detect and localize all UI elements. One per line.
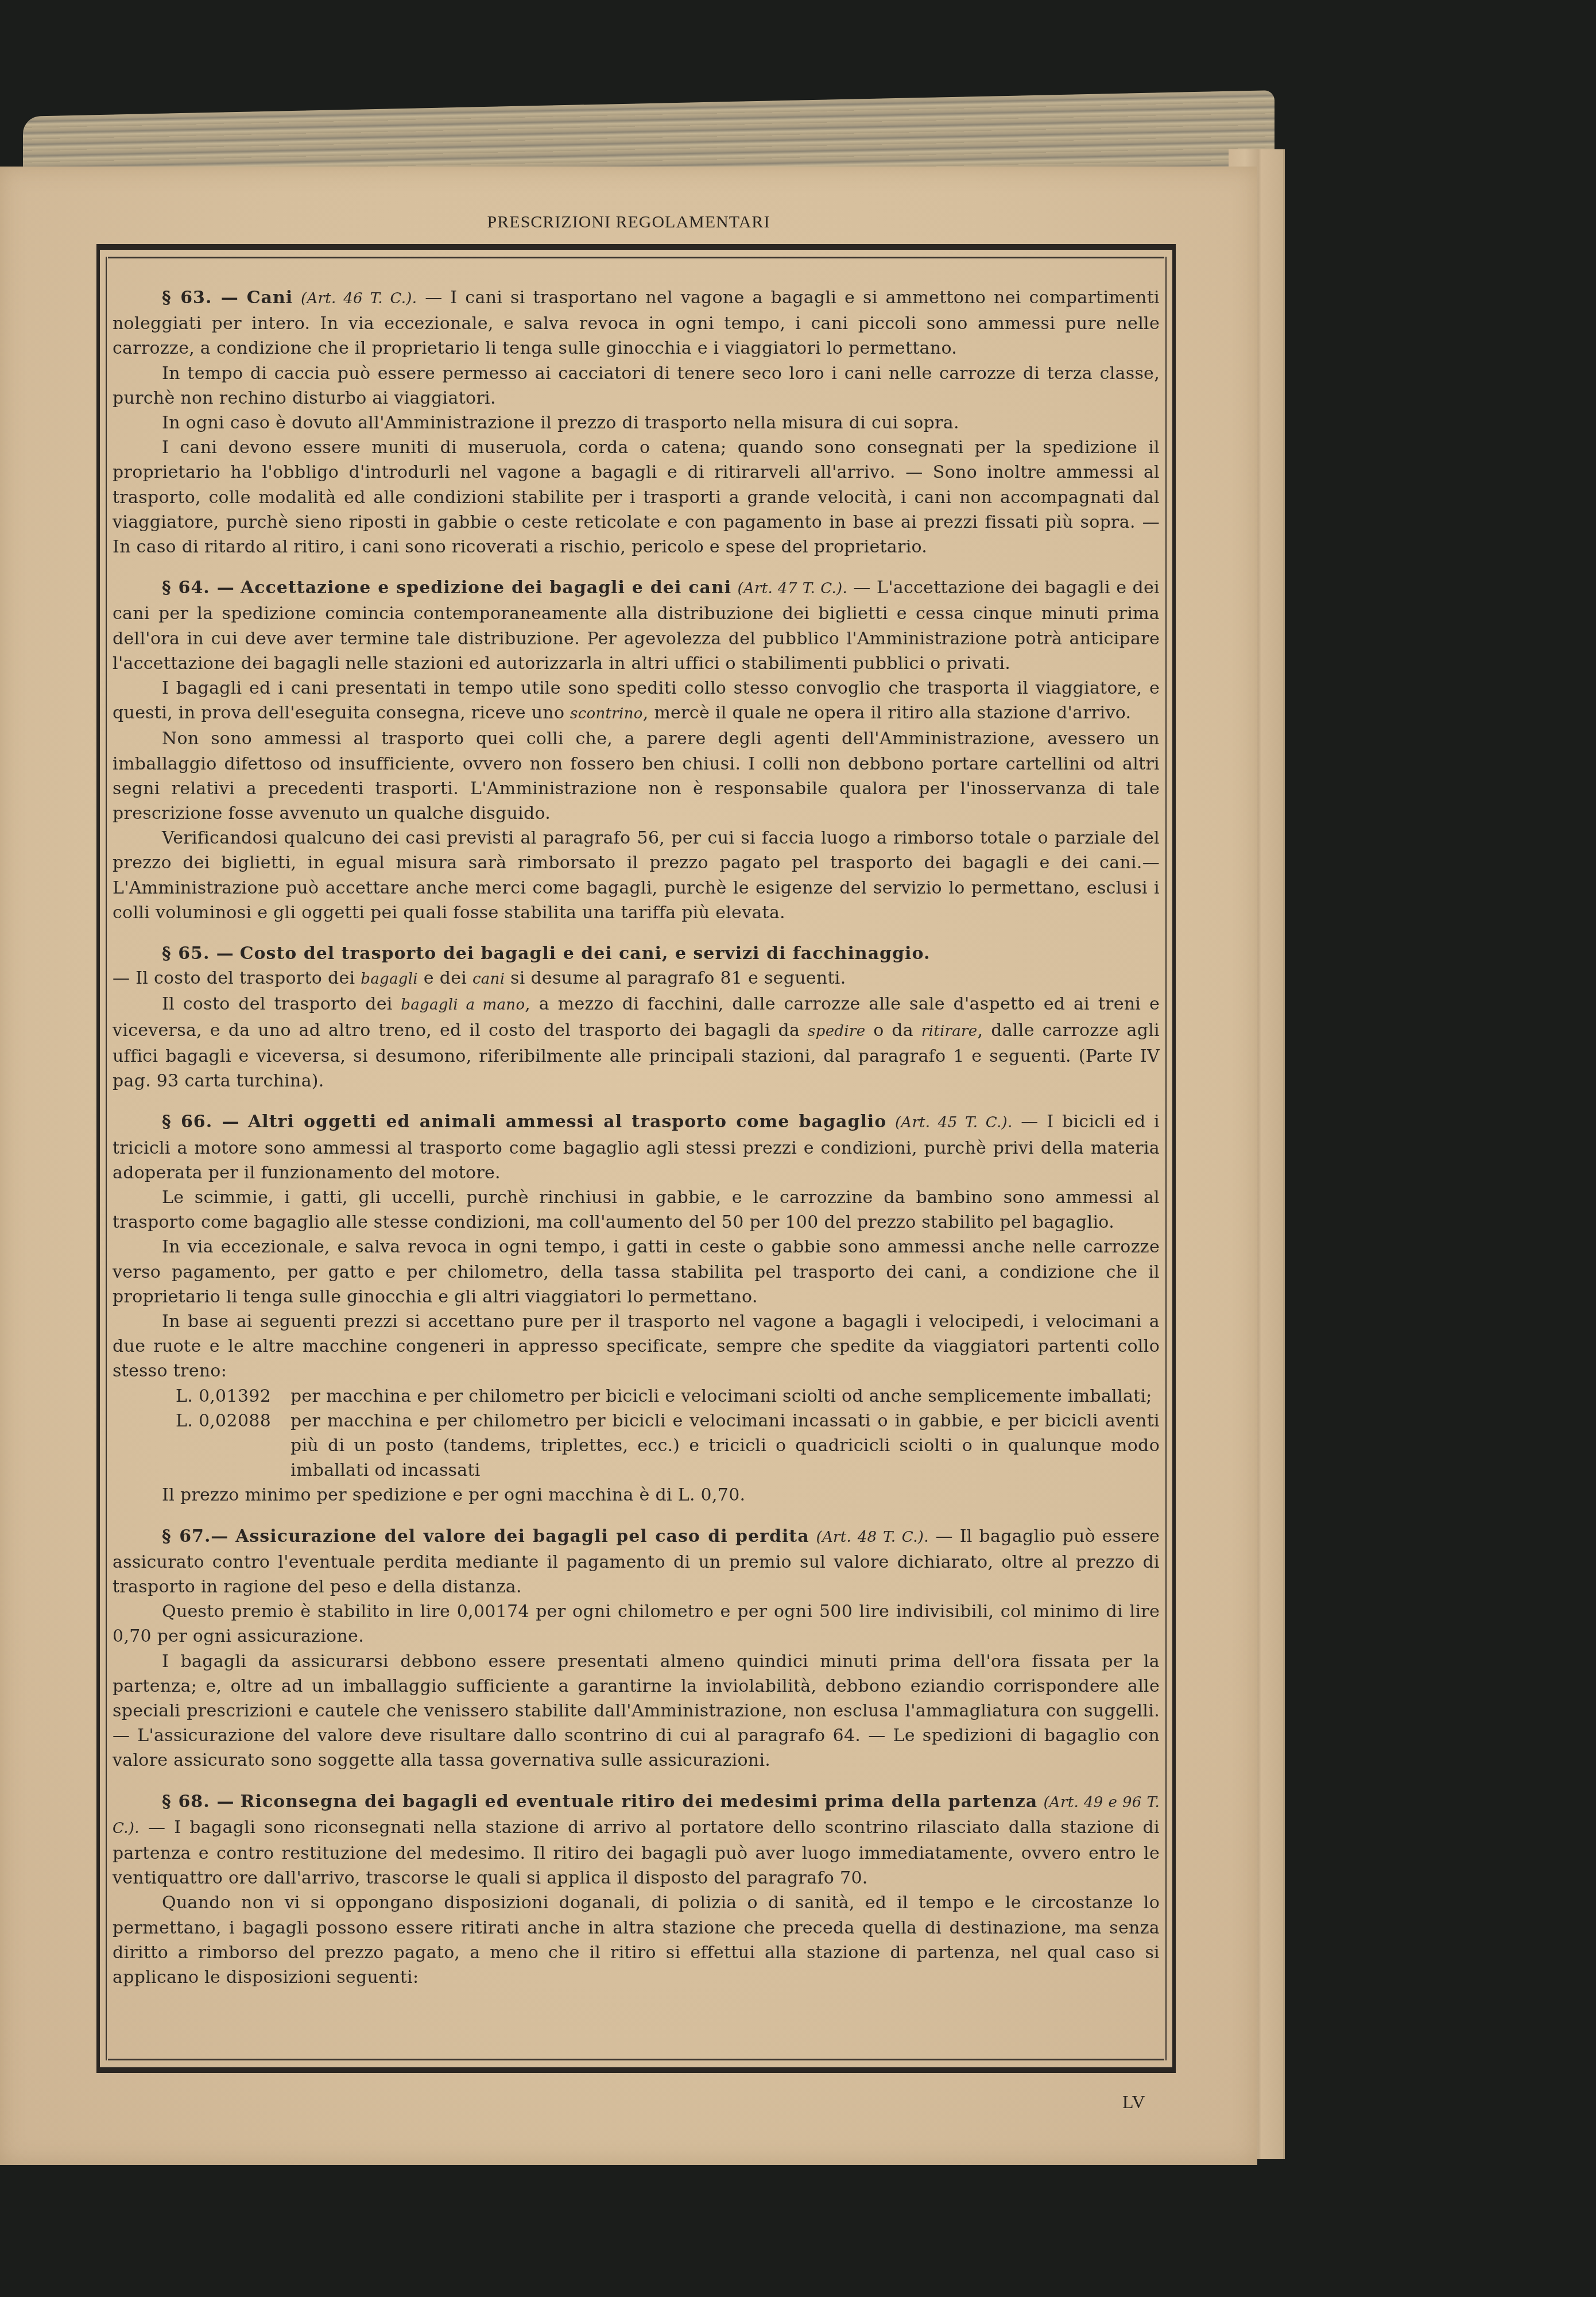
frame-rule-right bbox=[1165, 257, 1167, 2060]
section-title: Riconsegna dei bagagli ed eventuale riti… bbox=[241, 1792, 1038, 1812]
section-68-para-2: Quando non vi si oppongano disposizioni … bbox=[113, 1890, 1160, 1990]
italic-term: cani bbox=[472, 970, 505, 988]
section-68-para-1: § 68. — Riconsegna dei bagagli ed eventu… bbox=[113, 1789, 1160, 1891]
price-row: L. 0,02088 per macchina e per chilometro… bbox=[113, 1409, 1160, 1483]
section-number: § 65. — bbox=[162, 943, 234, 964]
text-frame: § 63. — Cani (Art. 46 T. C.). — I cani s… bbox=[96, 244, 1176, 2073]
paragraph-text: e dei bbox=[418, 968, 472, 988]
section-title: Assicurazione del valore dei bagagli pel… bbox=[235, 1526, 809, 1546]
article-ref: (Art. 46 T. C.). bbox=[301, 290, 417, 307]
section-67-para-3: I bagagli da assicurarsi debbono essere … bbox=[113, 1649, 1160, 1773]
section-64-para-4: Verificandosi qualcuno dei casi previsti… bbox=[113, 826, 1160, 925]
section-67-para-1: § 67.— Assicurazione del valore dei baga… bbox=[113, 1524, 1160, 1600]
section-65-para-1: — Il costo del trasporto dei bagagli e d… bbox=[113, 966, 1160, 992]
italic-term: bagagli bbox=[361, 970, 418, 988]
price-amount: L. 0,01392 bbox=[176, 1384, 290, 1409]
section-title: Accettazione e spedizione dei bagagli e … bbox=[241, 578, 731, 598]
section-65: § 65. — Costo del trasporto dei bagagli … bbox=[113, 941, 1160, 1093]
section-63-para-2: In tempo di caccia può essere permesso a… bbox=[113, 361, 1160, 411]
section-64-para-3: Non sono ammessi al trasporto quei colli… bbox=[113, 726, 1160, 826]
section-number: § 66. — bbox=[162, 1112, 239, 1132]
paragraph-text: Il costo del trasporto dei bbox=[162, 994, 401, 1014]
italic-term: scontrino bbox=[570, 705, 643, 722]
frame-rule-left bbox=[106, 257, 107, 2060]
section-66-para-4: In base ai seguenti prezzi si accettano … bbox=[113, 1309, 1160, 1384]
paragraph-text: o da bbox=[865, 1020, 921, 1041]
section-65-para-2: Il costo del trasporto dei bagagli a man… bbox=[113, 992, 1160, 1093]
price-row: L. 0,01392 per macchina e per chilometro… bbox=[113, 1384, 1160, 1409]
paragraph-text: , mercè il quale ne opera il ritiro alla… bbox=[643, 703, 1132, 723]
paragraph-text: — I bagagli sono riconsegnati nella staz… bbox=[113, 1818, 1160, 1888]
article-ref: (Art. 48 T. C.). bbox=[816, 1529, 929, 1546]
section-64-para-1: § 64. — Accettazione e spedizione dei ba… bbox=[113, 575, 1160, 676]
page-content: § 63. — Cani (Art. 46 T. C.). — I cani s… bbox=[113, 285, 1160, 1990]
section-63-para-4: I cani devono essere muniti di museruola… bbox=[113, 435, 1160, 559]
section-64: § 64. — Accettazione e spedizione dei ba… bbox=[113, 575, 1160, 925]
article-ref: (Art. 45 T. C.). bbox=[895, 1114, 1013, 1131]
section-66-para-2: Le scimmie, i gatti, gli uccelli, purchè… bbox=[113, 1185, 1160, 1235]
frame-rule-bottom bbox=[108, 2059, 1164, 2060]
section-number: § 64. — bbox=[162, 578, 235, 598]
running-head: PRESCRIZIONI REGOLAMENTARI bbox=[0, 212, 1257, 232]
section-63-para-1: § 63. — Cani (Art. 46 T. C.). — I cani s… bbox=[113, 285, 1160, 361]
section-68: § 68. — Riconsegna dei bagagli ed eventu… bbox=[113, 1789, 1160, 1990]
section-67-para-2: Questo premio è stabilito in lire 0,0017… bbox=[113, 1599, 1160, 1649]
section-67: § 67.— Assicurazione del valore dei baga… bbox=[113, 1524, 1160, 1773]
price-amount: L. 0,02088 bbox=[176, 1409, 290, 1483]
section-66-para-5: Il prezzo minimo per spedizione e per og… bbox=[113, 1483, 1160, 1507]
section-63-para-3: In ogni caso è dovuto all'Amministrazion… bbox=[113, 411, 1160, 435]
section-65-heading: § 65. — Costo del trasporto dei bagagli … bbox=[113, 941, 1160, 966]
section-64-para-2: I bagagli ed i cani presentati in tempo … bbox=[113, 676, 1160, 726]
section-number: § 68. — bbox=[162, 1792, 234, 1812]
article-ref: (Art. 47 T. C.). bbox=[737, 580, 847, 597]
frame-rule-top bbox=[108, 257, 1164, 258]
italic-term: ritirare bbox=[921, 1023, 978, 1040]
section-number: § 63. — bbox=[162, 288, 239, 308]
price-description: per macchina e per chilometro per bicicl… bbox=[290, 1384, 1160, 1409]
section-66: § 66. — Altri oggetti ed animali ammessi… bbox=[113, 1109, 1160, 1507]
italic-term: spedire bbox=[808, 1023, 865, 1040]
section-title: Costo del trasporto dei bagagli e dei ca… bbox=[240, 943, 931, 964]
page-number: LV bbox=[1122, 2091, 1145, 2113]
section-number: § 67.— bbox=[162, 1526, 228, 1546]
section-63: § 63. — Cani (Art. 46 T. C.). — I cani s… bbox=[113, 285, 1160, 559]
section-66-para-1: § 66. — Altri oggetti ed animali ammessi… bbox=[113, 1109, 1160, 1185]
book-page: PRESCRIZIONI REGOLAMENTARI § 63. — Cani … bbox=[0, 167, 1257, 2165]
paragraph-text: si desume al paragrafo 81 e seguenti. bbox=[505, 968, 846, 988]
italic-term: bagagli a mano bbox=[401, 996, 525, 1014]
section-title: Cani bbox=[247, 288, 293, 308]
section-66-para-3: In via eccezionale, e salva revoca in og… bbox=[113, 1235, 1160, 1309]
price-description: per macchina e per chilometro per bicicl… bbox=[290, 1409, 1160, 1483]
paragraph-text: — Il costo del trasporto dei bbox=[113, 968, 361, 988]
section-title: Altri oggetti ed animali ammessi al tras… bbox=[248, 1112, 886, 1132]
